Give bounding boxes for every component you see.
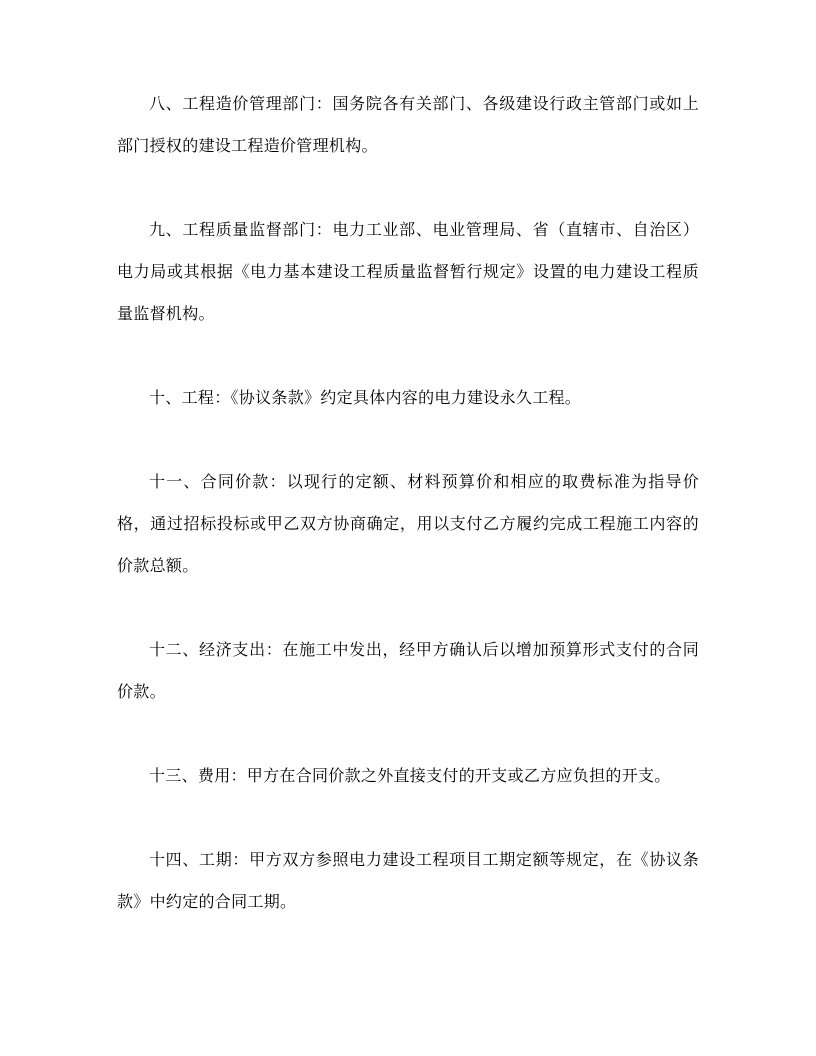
paragraph-term-14-construction-period: 十四、工期：甲方双方参照电力建设工程项目工期定额等规定，在《协议条款》中约定的合…	[117, 840, 699, 924]
paragraph-term-9-quality-supervision-dept: 九、工程质量监督部门：电力工业部、电业管理局、省（直辖市、自治区）电力局或其根据…	[117, 210, 699, 336]
document-page: 八、工程造价管理部门：国务院各有关部门、各级建设行政主管部门或如上部门授权的建设…	[0, 0, 816, 1056]
paragraph-term-13-expenses: 十三、费用：甲方在合同价款之外直接支付的开支或乙方应负担的开支。	[117, 756, 699, 798]
paragraph-term-8-cost-management-dept: 八、工程造价管理部门：国务院各有关部门、各级建设行政主管部门或如上部门授权的建设…	[117, 84, 699, 168]
paragraph-term-10-project: 十、工程：《协议条款》约定具体内容的电力建设永久工程。	[117, 378, 699, 420]
paragraph-term-11-contract-price: 十一、合同价款：以现行的定额、材料预算价和相应的取费标准为指导价格，通过招标投标…	[117, 462, 699, 588]
paragraph-term-12-economic-expenditure: 十二、经济支出：在施工中发出，经甲方确认后以增加预算形式支付的合同价款。	[117, 630, 699, 714]
